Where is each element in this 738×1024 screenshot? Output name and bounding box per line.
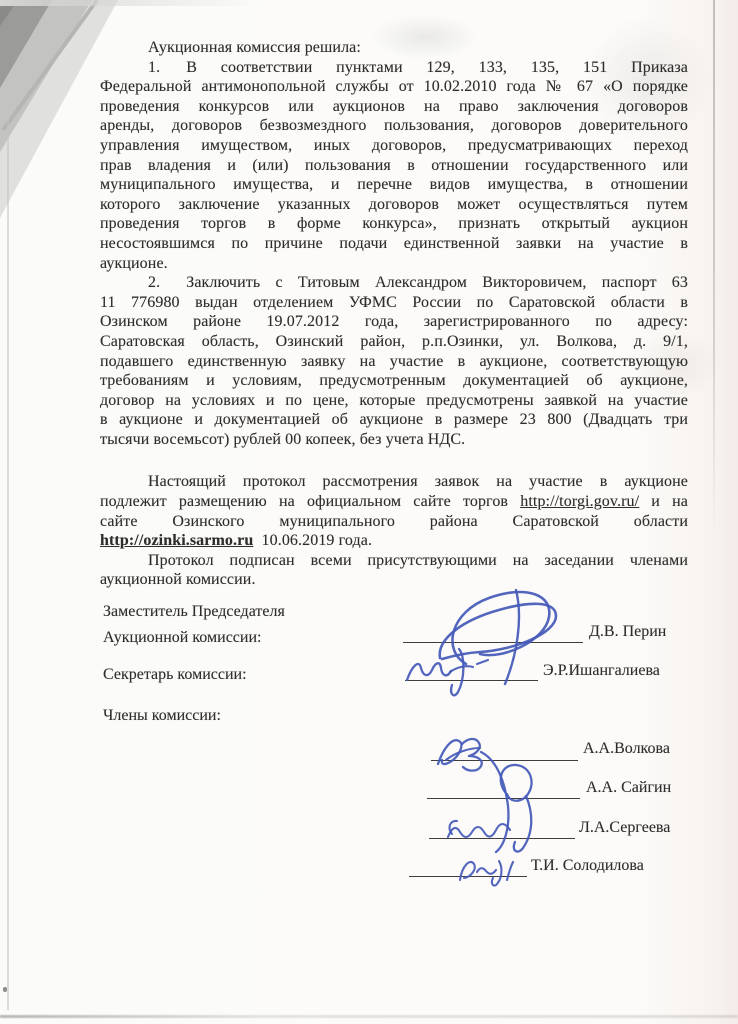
scanned-protocol-page: Аукционная комиссия решила:1.В соответст… bbox=[0, 0, 738, 1024]
solodilova-signature-ink bbox=[460, 861, 513, 886]
perin-signature-ink bbox=[440, 590, 556, 684]
ishangalieva-signature-ink bbox=[407, 649, 488, 695]
handwritten-signatures bbox=[0, 0, 738, 1024]
sergeeva-signature-ink bbox=[448, 821, 510, 837]
